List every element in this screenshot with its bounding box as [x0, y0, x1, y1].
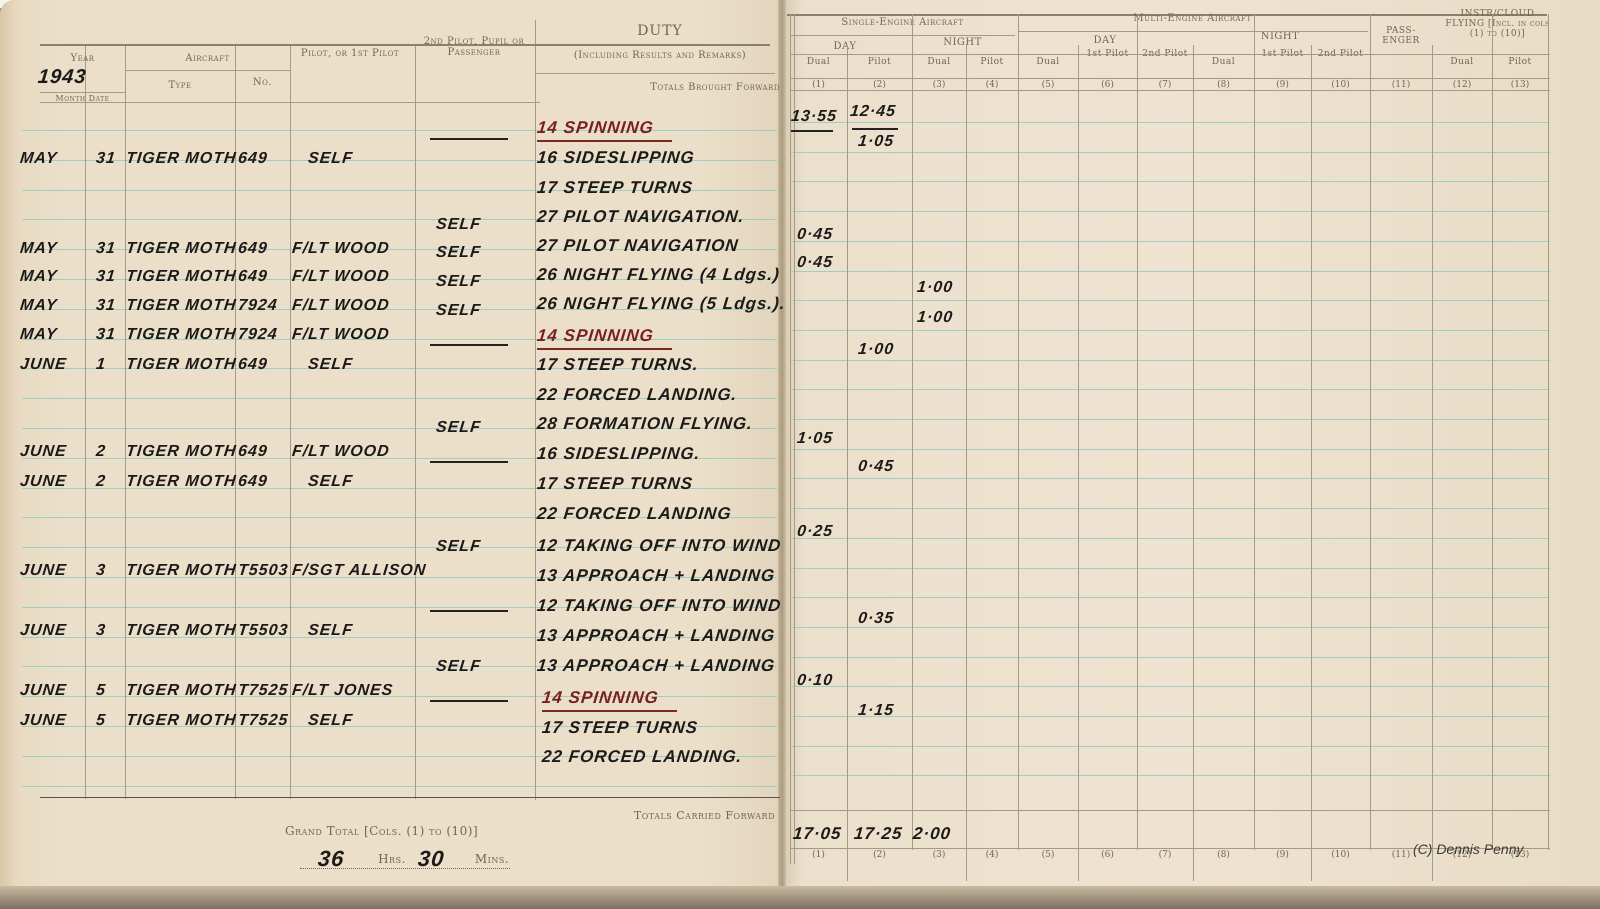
column-number-footer: (10) — [1311, 850, 1370, 860]
entry-aircraft-number: T7525 — [237, 682, 289, 700]
grand-total-label: Grand Total [Cols. (1) to (10)] — [285, 825, 525, 838]
column-number: (7) — [1137, 80, 1193, 90]
instr-cloud-header: INSTR/CLOUD FLYING [Incl. in cols (1) to… — [1440, 10, 1555, 40]
column-label: Pilot — [847, 58, 912, 68]
entry-type: TIGER MOTH — [125, 622, 237, 640]
time-entry: 0·45 — [857, 458, 895, 476]
entry-second-pilot: SELF — [435, 244, 482, 262]
ruled-line — [790, 152, 1550, 153]
entry-second-pilot: SELF — [435, 273, 482, 291]
entry-pilot: SELF — [307, 356, 354, 374]
entry-second-pilot-dash — [430, 610, 508, 612]
entry-date: 5 — [95, 712, 107, 730]
year-header: Year — [40, 53, 125, 64]
watermark: (C) Dennis Penny — [1413, 841, 1524, 857]
entry-month: JUNE — [19, 682, 68, 700]
grid-column-divider — [847, 45, 848, 881]
single-engine-header: Single-Engine Aircraft — [790, 17, 1015, 28]
se-day-header: DAY — [790, 41, 900, 52]
me-subrule — [1018, 31, 1368, 32]
duty-line: 13 APPROACH + LANDING — [536, 566, 776, 586]
ruled-line — [790, 716, 1550, 717]
entry-pilot: F/LT WOOD — [291, 443, 390, 461]
entry-date: 1 — [95, 356, 107, 374]
entry-second-pilot: SELF — [435, 216, 482, 234]
entry-month: JUNE — [19, 473, 68, 491]
grid-column-divider — [1254, 14, 1255, 850]
duty-line: 12 TAKING OFF INTO WIND — [536, 596, 782, 616]
time-entry: 1·05 — [796, 430, 834, 448]
entry-type: TIGER MOTH — [125, 682, 237, 700]
entry-type: TIGER MOTH — [125, 562, 237, 580]
entry-second-pilot: SELF — [435, 538, 482, 556]
duty-line: 14 SPINNING — [536, 118, 655, 138]
entry-type: TIGER MOTH — [125, 268, 237, 286]
book-spine — [778, 0, 786, 909]
brought-forward-correction: 1·05 — [857, 133, 895, 151]
ruled-line — [790, 330, 1550, 331]
column-number: (5) — [1018, 80, 1078, 90]
duty-line: 22 FORCED LANDING. — [541, 747, 743, 767]
no-header: No. — [235, 77, 290, 88]
table-row[interactable]: JUNE3TIGER MOTHT5503SELF — [0, 622, 540, 650]
entry-aircraft-number: 7924 — [237, 297, 278, 315]
entry-second-pilot-dash — [430, 461, 508, 463]
column-number: (11) — [1370, 80, 1432, 90]
column-number-footer: (9) — [1254, 850, 1311, 860]
duty-line: 27 PILOT NAVIGATION. — [536, 207, 745, 227]
entry-second-pilot: SELF — [435, 419, 482, 437]
column-number-footer: (2) — [847, 850, 912, 860]
time-entry: 0·10 — [796, 672, 834, 690]
entry-type: TIGER MOTH — [125, 240, 237, 258]
table-row[interactable]: MAY31TIGER MOTH7924F/LT WOODSELF — [0, 326, 540, 354]
column-label: Dual — [912, 58, 966, 68]
time-entry: 0·25 — [796, 523, 834, 541]
entry-pilot: F/LT WOOD — [291, 240, 390, 258]
table-row[interactable]: MAY31TIGER MOTH649SELF — [0, 150, 540, 178]
table-row[interactable]: JUNE2TIGER MOTH649SELF — [0, 473, 540, 501]
brought-forward-pilot: 12·45 — [849, 103, 897, 121]
duty-line: 17 STEEP TURNS — [536, 178, 694, 198]
header-day-night-rule — [790, 54, 1550, 55]
ruled-line — [790, 389, 1550, 390]
time-entry: 1·00 — [916, 309, 954, 327]
entry-date: 31 — [95, 240, 117, 258]
entry-month: MAY — [19, 240, 58, 258]
column-number-footer: (3) — [912, 850, 966, 860]
duty-line: 13 APPROACH + LANDING — [536, 656, 776, 676]
grid-column-divider — [1432, 45, 1433, 881]
grid-column-divider — [1492, 14, 1493, 850]
grid-column-divider — [790, 14, 791, 864]
totals-top-rule — [790, 810, 1550, 811]
se-subrule — [790, 35, 1015, 36]
passenger-header: PASS-ENGER — [1372, 27, 1430, 47]
entry-month: JUNE — [19, 356, 68, 374]
entry-month: JUNE — [19, 443, 68, 461]
column-number: (8) — [1193, 80, 1254, 90]
entry-pilot: SELF — [307, 712, 354, 730]
entry-aircraft-number: 649 — [237, 473, 269, 491]
ruled-line — [790, 746, 1550, 747]
ruled-line — [790, 568, 1550, 569]
column-number: (9) — [1254, 80, 1311, 90]
duty-line: 12 TAKING OFF INTO WIND — [536, 536, 782, 556]
header-top-rule — [40, 44, 770, 46]
ruled-line — [790, 360, 1550, 361]
totals-brought-forward-label: Totals Brought Forward — [580, 82, 780, 93]
duty-line: 17 STEEP TURNS — [541, 718, 699, 738]
duty-subheader: (Including Results and Remarks) — [540, 50, 780, 61]
column-number: (6) — [1078, 80, 1137, 90]
footer-rule — [40, 797, 780, 798]
column-number: (3) — [912, 80, 966, 90]
column-number: (13) — [1492, 80, 1548, 90]
se-night-header: NIGHT — [910, 37, 1015, 48]
year-subrule — [40, 92, 125, 93]
grid-column-divider — [1193, 45, 1194, 881]
entry-pilot: F/SGT ALLISON — [291, 562, 427, 580]
ruled-line — [790, 241, 1550, 242]
aircraft-subrule — [125, 70, 290, 71]
column-label: Pilot — [1492, 58, 1548, 68]
ruled-line — [790, 657, 1550, 658]
grid-column-divider — [966, 45, 967, 881]
ruled-line — [790, 478, 1550, 479]
entry-aircraft-number: T7525 — [237, 712, 289, 730]
header-bottom-rule — [790, 90, 1550, 91]
ruled-line — [790, 686, 1550, 687]
entry-type: TIGER MOTH — [125, 326, 237, 344]
month-date-header: Month Date — [40, 95, 125, 104]
entry-type: TIGER MOTH — [125, 473, 237, 491]
ruled-line — [790, 271, 1550, 272]
duty-line: 14 SPINNING — [536, 326, 655, 346]
entry-second-pilot-dash — [430, 138, 508, 140]
ruled-line — [790, 627, 1550, 628]
grid-column-divider — [1018, 14, 1019, 850]
duty-line: 22 FORCED LANDING — [536, 504, 733, 524]
entry-type: TIGER MOTH — [125, 150, 237, 168]
entry-type: TIGER MOTH — [125, 712, 237, 730]
grand-total-dotted-line — [300, 868, 510, 869]
table-row[interactable]: JUNE5TIGER MOTHT7525F/LT JONESSELF — [0, 682, 540, 710]
hrs-label: Hrs. — [372, 853, 412, 866]
column-number-footer: (8) — [1193, 850, 1254, 860]
second-pilot-header: 2nd Pilot, Pupil or Passenger — [414, 36, 534, 58]
table-row[interactable]: JUNE5TIGER MOTHT7525SELF — [0, 712, 540, 740]
me-day-header: DAY — [1020, 35, 1190, 46]
entry-month: JUNE — [19, 562, 68, 580]
grid-column-divider — [1370, 14, 1371, 850]
ruled-line — [790, 300, 1550, 301]
duty-line: 22 FORCED LANDING. — [536, 385, 738, 405]
entry-month: MAY — [19, 297, 58, 315]
brought-forward-dual: 13·55 — [790, 108, 838, 126]
grid-double-rule — [794, 14, 795, 864]
column-number-rule — [790, 78, 1550, 79]
column-number-footer: (7) — [1137, 850, 1193, 860]
type-header: Type — [125, 80, 235, 91]
entry-aircraft-number: 649 — [237, 356, 269, 374]
entry-second-pilot: SELF — [435, 302, 482, 320]
duty-underline — [542, 710, 677, 712]
column-label: Dual — [1018, 58, 1078, 68]
brought-forward-underline — [791, 130, 833, 132]
table-row[interactable]: JUNE3TIGER MOTHT5503F/SGT ALLISONSELF — [0, 562, 540, 590]
column-label: Dual — [790, 58, 847, 68]
duty-header: DUTY — [545, 24, 775, 39]
column-label: Pilot — [966, 58, 1018, 68]
grid-column-divider — [1137, 14, 1138, 850]
time-entry: 0·45 — [796, 226, 834, 244]
carried-forward-col1: 17·05 — [791, 824, 842, 844]
entry-aircraft-number: T5503 — [237, 622, 289, 640]
duty-line: 16 SIDESLIPPING. — [536, 444, 701, 464]
entry-month: MAY — [19, 326, 58, 344]
mins-label: Mins. — [472, 853, 512, 866]
entry-second-pilot-dash — [430, 344, 508, 346]
year-value: 1943 — [37, 66, 88, 89]
ruled-line — [790, 181, 1550, 182]
ruled-line — [790, 508, 1550, 509]
ruled-line — [790, 538, 1550, 539]
entry-pilot: F/LT WOOD — [291, 268, 390, 286]
column-number-footer: (4) — [966, 850, 1018, 860]
entry-type: TIGER MOTH — [125, 356, 237, 374]
duty-line: 28 FORMATION FLYING. — [536, 414, 754, 434]
column-number: (12) — [1432, 80, 1492, 90]
entry-pilot: F/LT WOOD — [291, 297, 390, 315]
duty-line: 17 STEEP TURNS. — [536, 355, 700, 375]
time-entry: 1·00 — [857, 341, 895, 359]
ruled-line — [790, 211, 1550, 212]
grid-column-divider — [912, 14, 913, 850]
entry-month: JUNE — [19, 622, 68, 640]
column-number: (4) — [966, 80, 1018, 90]
ruled-line — [790, 122, 1550, 123]
time-entry: 0·35 — [857, 610, 895, 628]
background-bottom — [0, 886, 1600, 909]
brought-forward-divider — [852, 128, 898, 130]
entry-date: 5 — [95, 682, 107, 700]
time-entry: 0·45 — [796, 254, 834, 272]
ruled-line — [790, 449, 1550, 450]
ruled-line — [22, 130, 777, 131]
entry-aircraft-number: 649 — [237, 150, 269, 168]
entry-month: JUNE — [19, 712, 68, 730]
totals-carried-forward-label: Totals Carried Forward — [580, 810, 775, 822]
grid-column-divider — [1078, 45, 1079, 881]
entry-aircraft-number: 7924 — [237, 326, 278, 344]
entry-pilot: SELF — [307, 150, 354, 168]
entry-aircraft-number: 649 — [237, 268, 269, 286]
grid-column-divider — [1548, 14, 1549, 850]
entry-date: 2 — [95, 443, 107, 461]
table-row[interactable]: JUNE1TIGER MOTH649SELF — [0, 356, 540, 384]
column-label: Dual — [1193, 58, 1254, 68]
entry-date: 31 — [95, 326, 117, 344]
carried-forward-col3: 2·00 — [912, 824, 952, 844]
entry-aircraft-number: 649 — [237, 443, 269, 461]
ruled-line — [790, 419, 1550, 420]
aircraft-header: Aircraft — [125, 53, 290, 64]
entry-pilot: F/LT JONES — [291, 682, 394, 700]
duty-line: 26 NIGHT FLYING (4 Ldgs.) — [536, 265, 781, 285]
entry-second-pilot-dash — [430, 700, 508, 702]
ruled-line — [790, 597, 1550, 598]
entry-date: 31 — [95, 268, 117, 286]
carried-forward-col2: 17·25 — [852, 824, 903, 844]
entry-date: 3 — [95, 562, 107, 580]
ruled-line — [22, 786, 777, 787]
duty-line: 16 SIDESLIPPING — [536, 148, 696, 168]
duty-line: 27 PILOT NAVIGATION — [536, 236, 740, 256]
column-number-footer: (6) — [1078, 850, 1137, 860]
entry-date: 3 — [95, 622, 107, 640]
column-number-footer: (1) — [790, 850, 847, 860]
duty-line: 17 STEEP TURNS — [536, 474, 694, 494]
time-entry: 1·15 — [857, 702, 895, 720]
entry-month: MAY — [19, 150, 58, 168]
entry-date: 2 — [95, 473, 107, 491]
entry-pilot: SELF — [307, 622, 354, 640]
entry-date: 31 — [95, 150, 117, 168]
duty-line: 14 SPINNING — [541, 688, 660, 708]
right-page — [783, 0, 1600, 909]
entry-pilot: F/LT WOOD — [291, 326, 390, 344]
me-night-header: NIGHT — [1195, 31, 1365, 42]
entry-type: TIGER MOTH — [125, 297, 237, 315]
grid-column-divider — [1311, 45, 1312, 881]
column-number: (10) — [1311, 80, 1370, 90]
entry-date: 31 — [95, 297, 117, 315]
duty-subrule — [535, 73, 775, 74]
entry-second-pilot: SELF — [435, 658, 482, 676]
entry-month: MAY — [19, 268, 58, 286]
duty-line: 26 NIGHT FLYING (5 Ldgs.). — [536, 294, 787, 314]
column-number: (2) — [847, 80, 912, 90]
duty-underline — [537, 140, 672, 142]
ruled-line — [790, 775, 1550, 776]
multi-engine-header: Multi-Engine Aircraft — [1020, 13, 1365, 24]
entry-aircraft-number: 649 — [237, 240, 269, 258]
pilot-header: Pilot, or 1st Pilot — [300, 48, 400, 59]
entry-pilot: SELF — [307, 473, 354, 491]
time-entry: 1·00 — [916, 279, 954, 297]
entry-aircraft-number: T5503 — [237, 562, 289, 580]
duty-underline — [537, 348, 672, 350]
duty-line: 13 APPROACH + LANDING — [536, 626, 776, 646]
column-number-footer: (5) — [1018, 850, 1078, 860]
column-number: (1) — [790, 80, 847, 90]
column-label: Dual — [1432, 58, 1492, 68]
entry-type: TIGER MOTH — [125, 443, 237, 461]
table-row[interactable]: JUNE2TIGER MOTH649F/LT WOODSELF — [0, 443, 540, 471]
